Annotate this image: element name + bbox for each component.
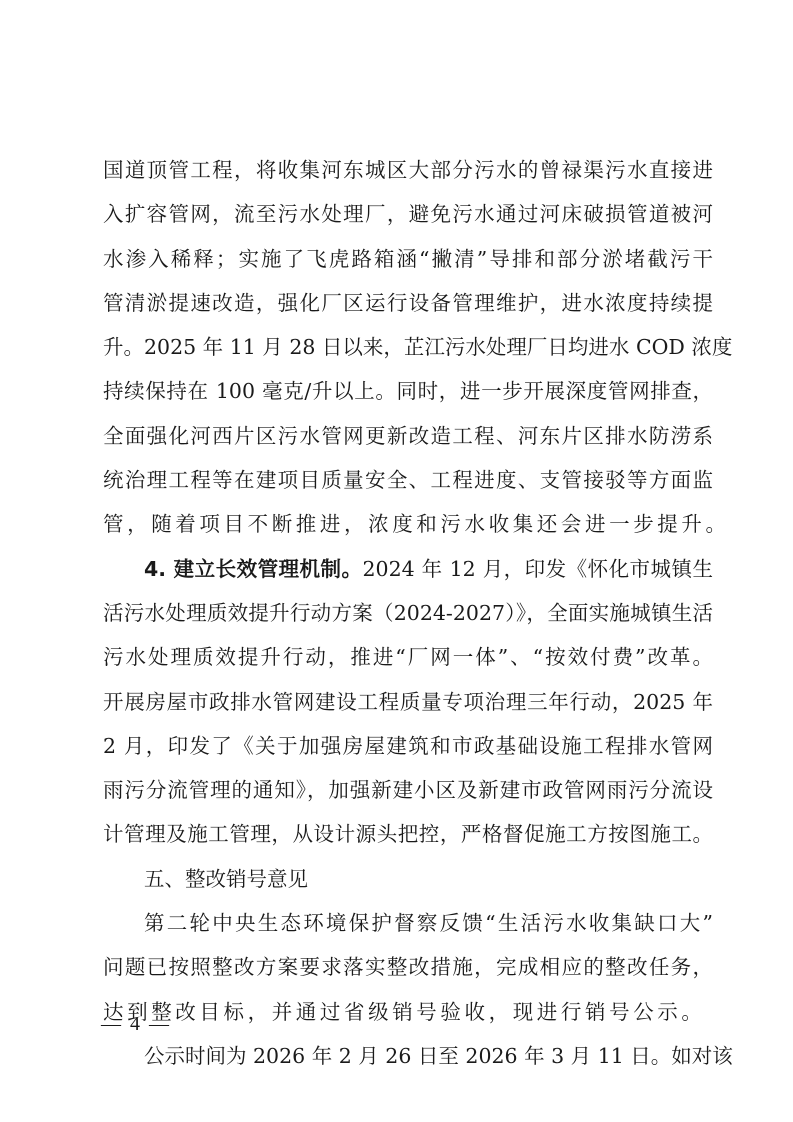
text-line: 第二轮中央生态环境保护督察反馈“生活污水收集缺口大” [103, 901, 713, 945]
text-line: 全面强化河西片区污水管网更新改造工程、河东片区排水防涝系 [103, 414, 713, 458]
text-line: 2 月，印发了《关于加强房屋建筑和市政基础设施工程排水管网 [103, 724, 713, 768]
text-line: 持续保持在 100 毫克/升以上。同时，进一步开展深度管网排查， [103, 369, 713, 413]
text-line: 问题已按照整改方案要求落实整改措施，完成相应的整改任务， [103, 945, 713, 989]
text-line: 统治理工程等在建项目质量安全、工程进度、支管接驳等方面监 [103, 458, 713, 502]
text-line: 计管理及施工管理，从设计源头把控，严格督促施工方按图施工。 [103, 812, 713, 856]
paragraph-measure-4: 4. 建立长效管理机制。2024 年 12 月，印发《怀化市城镇生 活污水处理质… [103, 547, 713, 857]
text-line: 开展房屋市政排水管网建设工程质量专项治理三年行动，2025 年 [103, 680, 713, 724]
text-line: 入扩容管网，流至污水处理厂，避免污水通过河床破损管道被河 [103, 192, 713, 236]
text-line: 国道顶管工程，将收集河东城区大部分污水的曾禄渠污水直接进 [103, 148, 713, 192]
text-line: 4. 建立长效管理机制。2024 年 12 月，印发《怀化市城镇生 [103, 547, 713, 591]
text-line: 水渗入稀释；实施了飞虎路箱涵“撇清”导排和部分淤堵截污干 [103, 237, 713, 281]
text-line: 污水处理质效提升行动，推进“厂网一体”、“按效付费”改革。 [103, 635, 713, 679]
paragraph-publicity: 公示时间为 2026 年 2 月 26 日至 2026 年 3 月 11 日。如… [103, 1034, 713, 1078]
document-page: 国道顶管工程，将收集河东城区大部分污水的曾禄渠污水直接进 入扩容管网，流至污水处… [103, 148, 713, 1078]
text-line: 升。2025 年 11 月 28 日以来，芷江污水处理厂日均进水 COD 浓度 [103, 325, 713, 369]
paragraph-rectification: 第二轮中央生态环境保护督察反馈“生活污水收集缺口大” 问题已按照整改方案要求落实… [103, 901, 713, 1034]
paragraph-continuation: 国道顶管工程，将收集河东城区大部分污水的曾禄渠污水直接进 入扩容管网，流至污水处… [103, 148, 713, 547]
section-heading: 五、整改销号意见 [103, 857, 713, 901]
text-line: 活污水处理质效提升行动方案（2024-2027）》，全面实施城镇生活 [103, 591, 713, 635]
text-line: 达到整改目标，并通过省级销号验收，现进行销号公示。 [103, 990, 713, 1034]
text-line: 雨污分流管理的通知》，加强新建小区及新建市政管网雨污分流设 [103, 768, 713, 812]
page-number: — 4 — [101, 1013, 171, 1036]
text-line: 管，随着项目不断推进，浓度和污水收集还会进一步提升。 [103, 502, 713, 546]
text-line: 管清淤提速改造，强化厂区运行设备管理维护，进水浓度持续提 [103, 281, 713, 325]
measure-heading: 4. 建立长效管理机制。 [144, 557, 362, 581]
text-line: 公示时间为 2026 年 2 月 26 日至 2026 年 3 月 11 日。如… [103, 1034, 713, 1078]
